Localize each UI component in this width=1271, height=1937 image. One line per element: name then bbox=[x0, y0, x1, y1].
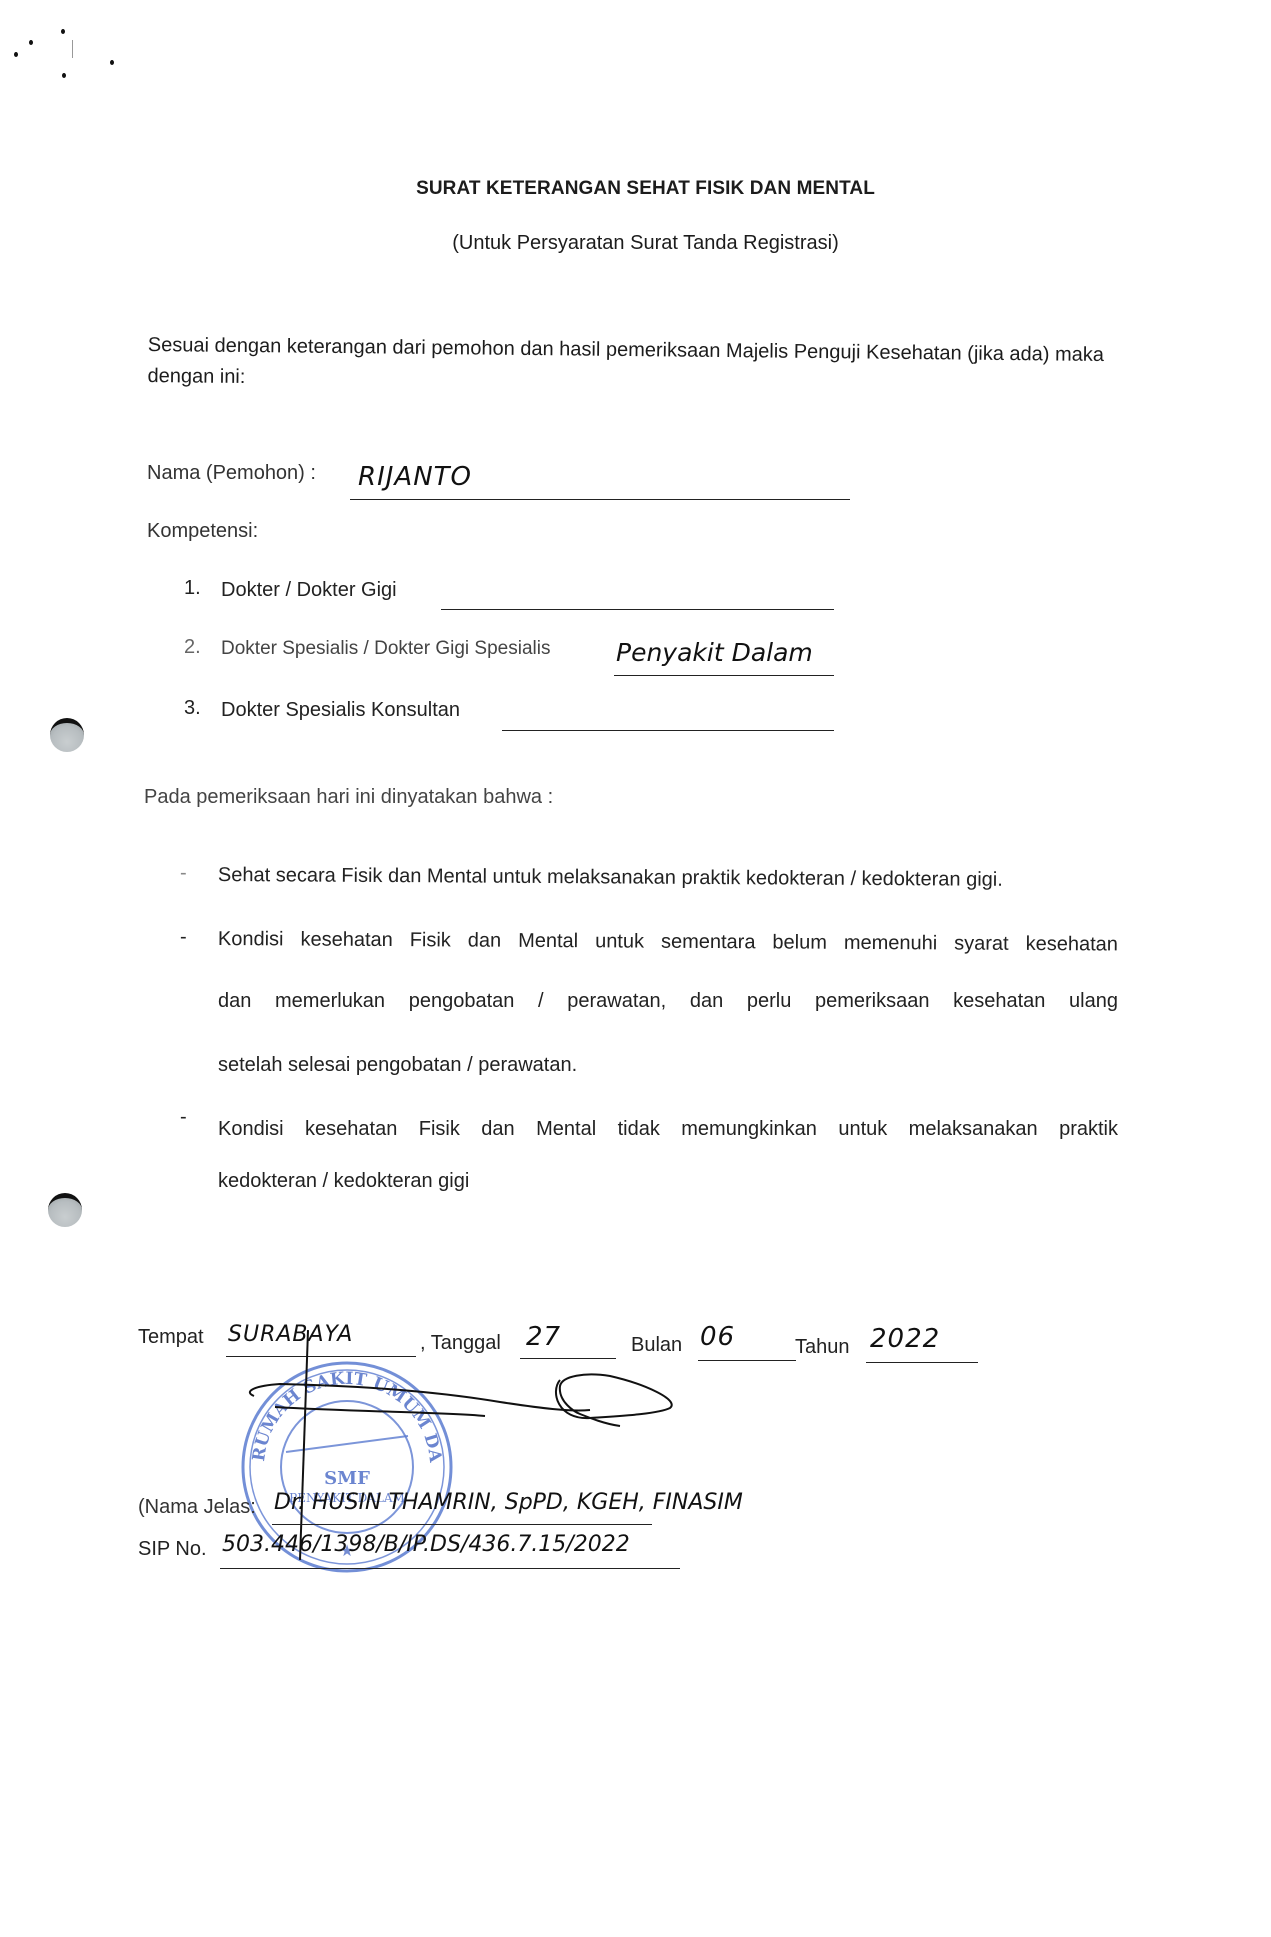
statement-text: Kondisi kesehatan Fisik dan Mental untuk… bbox=[218, 928, 1118, 956]
scan-mark bbox=[72, 40, 73, 58]
place-label: Tempat bbox=[138, 1326, 204, 1349]
scan-speck bbox=[14, 52, 18, 57]
competence-item-label: Dokter / Dokter Gigi bbox=[221, 579, 397, 602]
applicant-value: RIJANTO bbox=[358, 462, 472, 492]
month-label: Bulan bbox=[631, 1334, 682, 1357]
statement-text: dan memerlukan pengobatan / perawatan, d… bbox=[218, 990, 1118, 1013]
competence-label: Kompetensi: bbox=[147, 520, 258, 543]
year-label: Tahun bbox=[795, 1336, 850, 1359]
year-field[interactable]: 2022 bbox=[866, 1320, 978, 1363]
statement-text: Sehat secara Fisik dan Mental untuk mela… bbox=[218, 864, 1003, 892]
competence-item-label: Dokter Spesialis / Dokter Gigi Spesialis bbox=[221, 638, 550, 660]
intro-paragraph: Sesuai dengan keterangan dari pemohon da… bbox=[147, 330, 1133, 402]
stamp-line1: SMF bbox=[324, 1468, 370, 1489]
sip-label: SIP No. bbox=[138, 1538, 207, 1561]
list-number: 1. bbox=[184, 577, 201, 600]
signer-name-row: (Nama Jelas: Dr. HUSIN THAMRIN, SpPD, KG… bbox=[138, 1488, 858, 1534]
date-value: 27 bbox=[526, 1322, 561, 1352]
scan-speck bbox=[29, 40, 33, 45]
applicant-field[interactable]: RIJANTO bbox=[350, 458, 850, 500]
bullet: - bbox=[180, 862, 187, 885]
punch-hole-icon bbox=[48, 1193, 82, 1227]
scan-speck bbox=[110, 60, 114, 65]
signer-name-field[interactable]: Dr. HUSIN THAMRIN, SpPD, KGEH, FINASIM bbox=[272, 1488, 652, 1525]
statement-text: Kondisi kesehatan Fisik dan Mental tidak… bbox=[218, 1118, 1118, 1141]
scan-speck bbox=[62, 73, 66, 78]
competence-field-2[interactable]: Penyakit Dalam bbox=[614, 634, 834, 676]
statement-option-2[interactable]: - Kondisi kesehatan Fisik dan Mental unt… bbox=[180, 924, 1120, 1084]
statement-text: setelah selesai pengobatan / perawatan. bbox=[218, 1054, 577, 1077]
competence-value: Penyakit Dalam bbox=[616, 638, 813, 667]
list-number: 3. bbox=[184, 697, 201, 720]
document-title: SURAT KETERANGAN SEHAT FISIK DAN MENTAL bbox=[0, 178, 1271, 200]
signature-icon bbox=[240, 1372, 700, 1442]
competence-item: 1. Dokter / Dokter Gigi bbox=[184, 575, 854, 615]
bullet: - bbox=[180, 926, 187, 949]
place-value: SURABAYA bbox=[228, 1322, 353, 1347]
competence-field-3[interactable] bbox=[502, 699, 834, 731]
punch-hole-icon bbox=[50, 718, 84, 752]
month-field[interactable]: 06 bbox=[698, 1320, 796, 1361]
document-subtitle: (Untuk Persyaratan Surat Tanda Registras… bbox=[0, 232, 1271, 255]
month-value: 06 bbox=[700, 1322, 735, 1352]
year-value: 2022 bbox=[870, 1324, 940, 1354]
place-field[interactable]: SURABAYA bbox=[226, 1320, 416, 1357]
bullet: - bbox=[180, 1106, 187, 1129]
signer-name-label: (Nama Jelas: bbox=[138, 1496, 256, 1519]
applicant-row: Nama (Pemohon) : RIJANTO bbox=[147, 458, 867, 508]
signer-sip-row: SIP No. 503.446/1398/B/IP.DS/436.7.15/20… bbox=[138, 1530, 858, 1576]
competence-item: 3. Dokter Spesialis Konsultan bbox=[184, 695, 854, 735]
list-number: 2. bbox=[184, 636, 201, 659]
sip-value: 503.446/1398/B/IP.DS/436.7.15/2022 bbox=[222, 1532, 630, 1557]
applicant-label: Nama (Pemohon) : bbox=[147, 462, 316, 485]
statement-intro: Pada pemeriksaan hari ini dinyatakan bah… bbox=[144, 786, 553, 809]
statement-option-3[interactable]: - Kondisi kesehatan Fisik dan Mental tid… bbox=[180, 1104, 1120, 1204]
competence-field-1[interactable] bbox=[441, 579, 834, 610]
date-label: , Tanggal bbox=[420, 1332, 501, 1355]
competence-item-label: Dokter Spesialis Konsultan bbox=[221, 699, 460, 722]
competence-item: 2. Dokter Spesialis / Dokter Gigi Spesia… bbox=[184, 634, 854, 674]
signer-name-value: Dr. HUSIN THAMRIN, SpPD, KGEH, FINASIM bbox=[274, 1490, 743, 1515]
date-field[interactable]: 27 bbox=[520, 1320, 616, 1359]
sip-field[interactable]: 503.446/1398/B/IP.DS/436.7.15/2022 bbox=[220, 1530, 680, 1569]
scan-speck bbox=[61, 29, 65, 34]
statement-text: kedokteran / kedokteran gigi bbox=[218, 1170, 469, 1193]
